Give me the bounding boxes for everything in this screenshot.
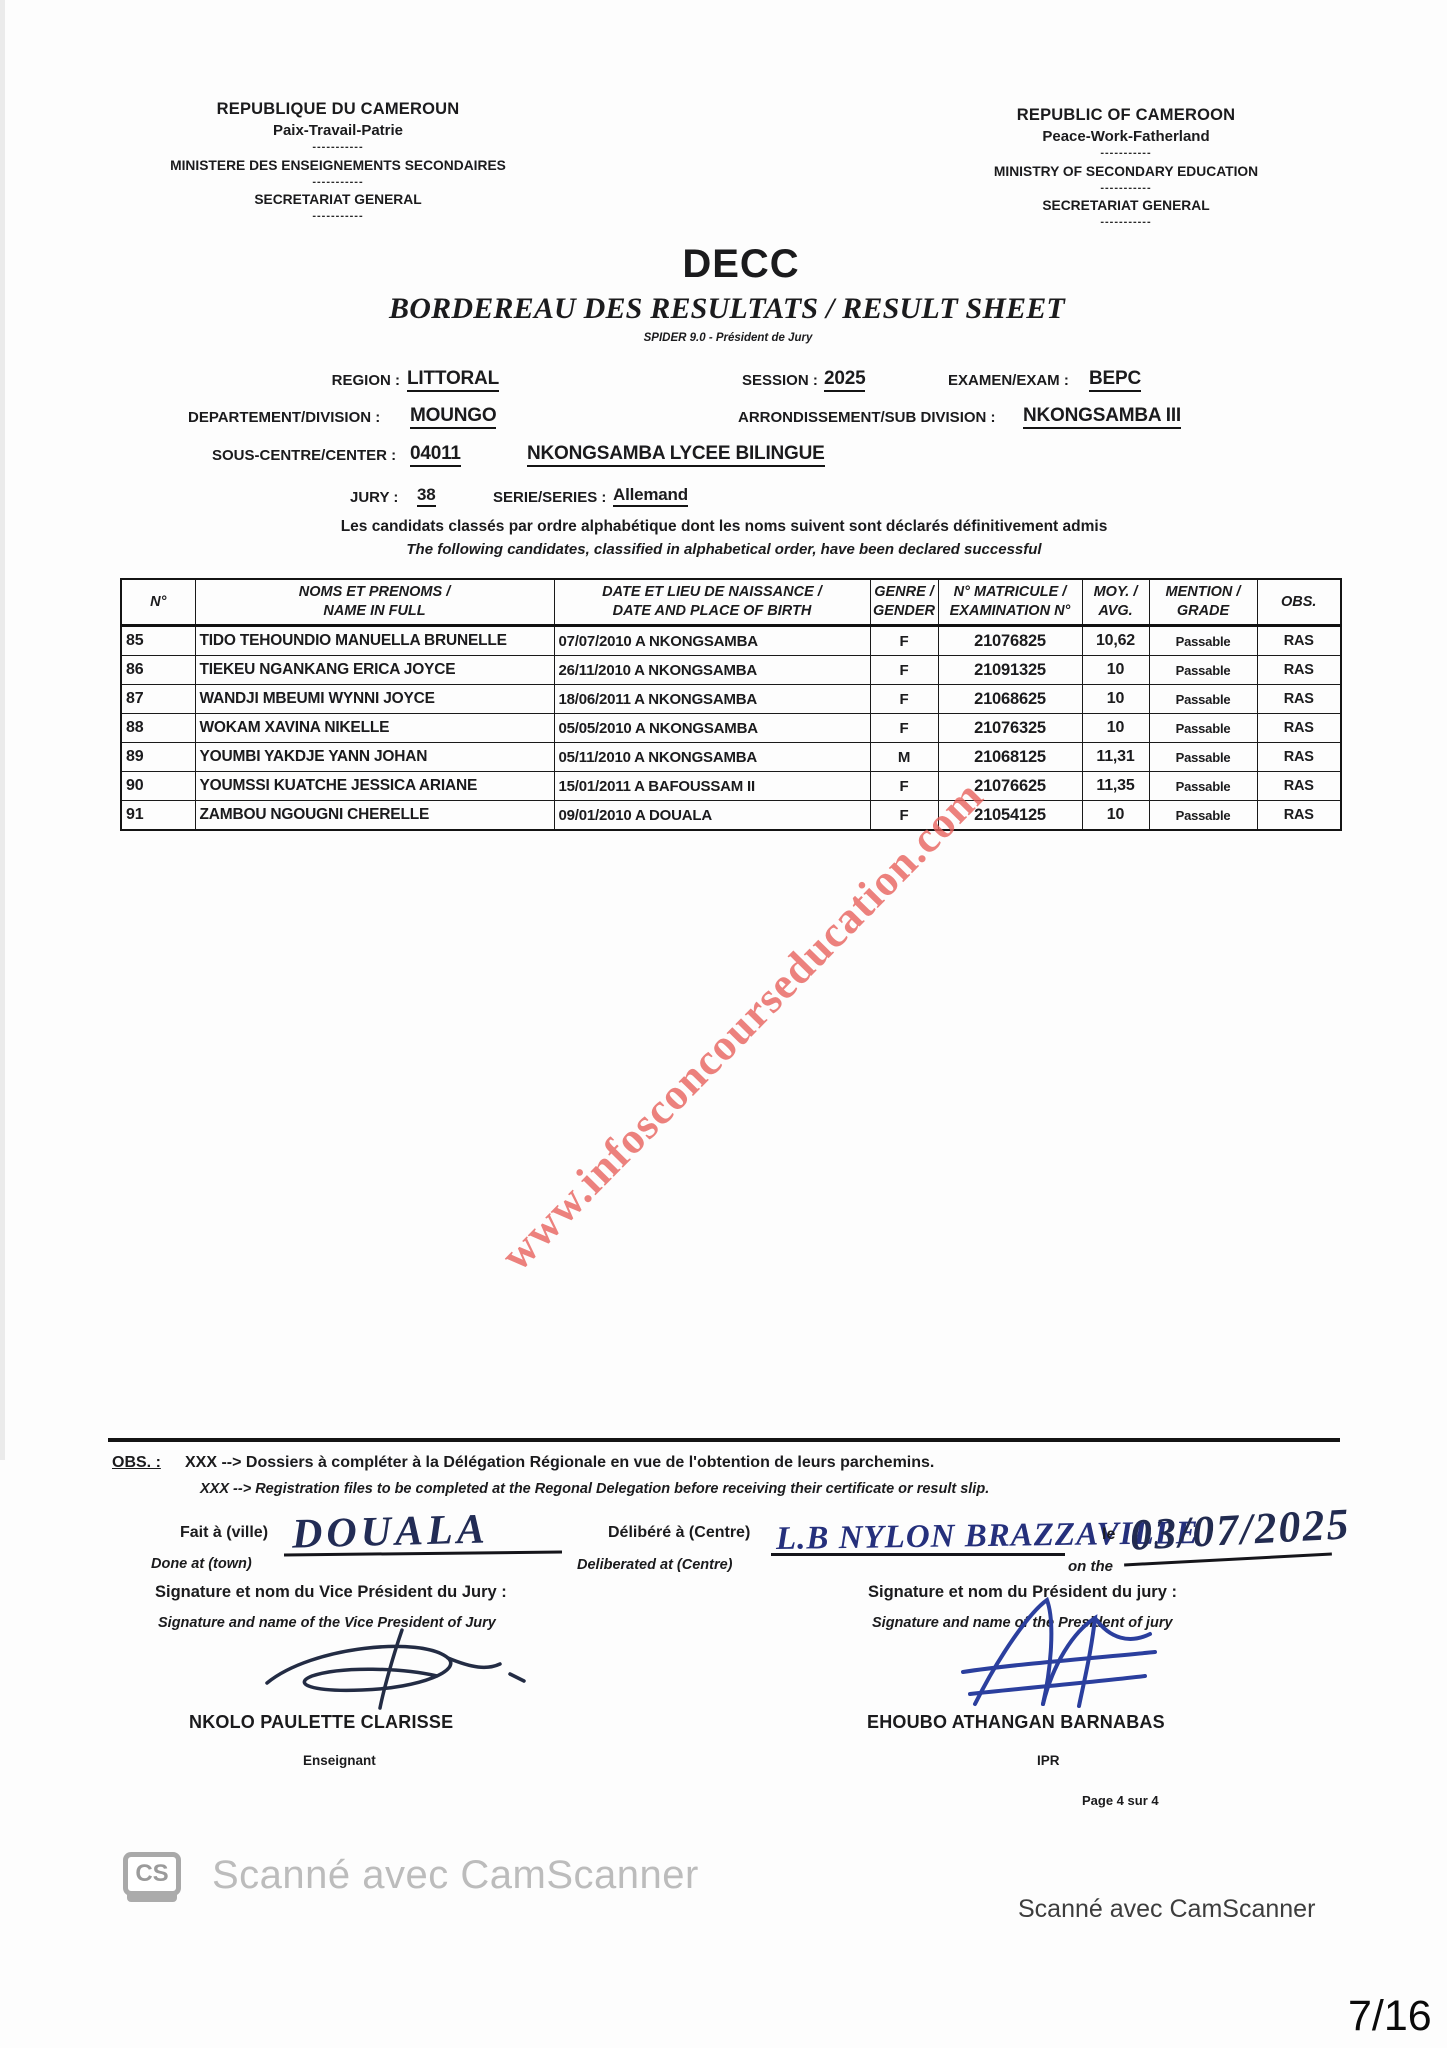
table-cell: 05/11/2010 A NKONGSAMBA — [554, 743, 870, 772]
col-header-number: N° — [121, 579, 195, 626]
table-cell: Passable — [1149, 714, 1257, 743]
col-header-gender: GENRE / GENDER — [870, 579, 938, 626]
col-header-birth: DATE ET LIEU DE NAISSANCE / DATE AND PLA… — [554, 579, 870, 626]
table-row: 87WANDJI MBEUMI WYNNI JOYCE18/06/2011 A … — [121, 685, 1341, 714]
table-cell: F — [870, 714, 938, 743]
republic-en: REPUBLIC OF CAMEROON — [945, 106, 1307, 125]
col-header-grade: MENTION / GRADE — [1149, 579, 1257, 626]
table-cell: Passable — [1149, 626, 1257, 656]
document-subtitle: SPIDER 9.0 - Président de Jury — [578, 332, 878, 344]
table-cell: F — [870, 626, 938, 656]
deliberated-line — [771, 1553, 1065, 1556]
table-row: 86TIEKEU NGANKANG ERICA JOYCE26/11/2010 … — [121, 656, 1341, 685]
table-cell: Passable — [1149, 656, 1257, 685]
center-code-value: 04011 — [410, 443, 461, 467]
camscanner-badge: CS — [123, 1852, 181, 1896]
results-table: N° NOMS ET PRENOMS / NAME IN FULL DATE E… — [120, 578, 1342, 831]
ministry-en: MINISTRY OF SECONDARY EDUCATION — [945, 164, 1307, 180]
table-cell: 26/11/2010 A NKONGSAMBA — [554, 656, 870, 685]
table-cell: ZAMBOU NGOUGNI CHERELLE — [195, 801, 554, 831]
obs-label: OBS. : — [112, 1454, 161, 1472]
table-cell: 07/07/2010 A NKONGSAMBA — [554, 626, 870, 656]
table-cell: 11,31 — [1082, 743, 1149, 772]
table-cell: 88 — [121, 714, 195, 743]
table-cell: RAS — [1257, 656, 1341, 685]
center-label: SOUS-CENTRE/CENTER : — [212, 447, 396, 464]
division-value: MOUNGO — [410, 405, 496, 429]
letterhead-left: REPUBLIQUE DU CAMEROUN Paix-Travail-Patr… — [157, 100, 519, 223]
table-cell: F — [870, 772, 938, 801]
table-cell: F — [870, 685, 938, 714]
table-cell: 21076325 — [938, 714, 1082, 743]
separator-dashes: ----------- — [945, 182, 1307, 195]
notice-fr: Les candidats classés par ordre alphabét… — [224, 518, 1224, 536]
table-cell: 91 — [121, 801, 195, 831]
table-cell: 10 — [1082, 685, 1149, 714]
table-row: 85TIDO TEHOUNDIO MANUELLA BRUNELLE07/07/… — [121, 626, 1341, 656]
table-row: 90YOUMSSI KUATCHE JESSICA ARIANE15/01/20… — [121, 772, 1341, 801]
scan-edge-left — [0, 0, 5, 1460]
date-label-en: on the — [1068, 1558, 1113, 1575]
org-title: DECC — [641, 242, 841, 287]
col-header-name: NOMS ET PRENOMS / NAME IN FULL — [195, 579, 554, 626]
table-cell: 10 — [1082, 656, 1149, 685]
table-cell: 09/01/2010 A DOUALA — [554, 801, 870, 831]
document-title: BORDEREAU DES RESULTATS / RESULT SHEET — [377, 292, 1077, 326]
done-at-label-fr: Fait à (ville) — [180, 1524, 268, 1542]
table-row: 88WOKAM XAVINA NIKELLE05/05/2010 A NKONG… — [121, 714, 1341, 743]
table-cell: 05/05/2010 A NKONGSAMBA — [554, 714, 870, 743]
notice-en: The following candidates, classified in … — [224, 541, 1224, 558]
table-cell: RAS — [1257, 772, 1341, 801]
table-cell: RAS — [1257, 743, 1341, 772]
date-label-fr: le — [1102, 1526, 1115, 1544]
table-cell: M — [870, 743, 938, 772]
done-at-value: DOUALA — [291, 1505, 489, 1558]
table-cell: 21068625 — [938, 685, 1082, 714]
table-cell: 86 — [121, 656, 195, 685]
table-cell: 21091325 — [938, 656, 1082, 685]
table-cell: WOKAM XAVINA NIKELLE — [195, 714, 554, 743]
jury-label: JURY : — [350, 489, 398, 506]
president-signature — [945, 1594, 1175, 1712]
table-cell: YOUMSSI KUATCHE JESSICA ARIANE — [195, 772, 554, 801]
exam-value: BEPC — [1089, 368, 1141, 392]
ministry-fr: MINISTERE DES ENSEIGNEMENTS SECONDAIRES — [157, 158, 519, 174]
table-cell: 90 — [121, 772, 195, 801]
president-name: EHOUBO ATHANGAN BARNABAS — [867, 1712, 1165, 1733]
letterhead-right: REPUBLIC OF CAMEROON Peace-Work-Fatherla… — [945, 106, 1307, 229]
scanned-result-sheet: REPUBLIQUE DU CAMEROUN Paix-Travail-Patr… — [0, 0, 1447, 2048]
series-label: SERIE/SERIES : — [493, 489, 606, 506]
vice-president-name: NKOLO PAULETTE CLARISSE — [189, 1712, 453, 1733]
table-row: 89YOUMBI YAKDJE YANN JOHAN05/11/2010 A N… — [121, 743, 1341, 772]
separator-dashes: ----------- — [157, 176, 519, 189]
camscanner-light: Scanné avec CamScanner — [212, 1853, 699, 1898]
exam-label: EXAMEN/EXAM : — [948, 372, 1069, 389]
table-cell: 15/01/2011 A BAFOUSSAM II — [554, 772, 870, 801]
vice-president-signature — [252, 1628, 532, 1713]
results-table-body: 85TIDO TEHOUNDIO MANUELLA BRUNELLE07/07/… — [121, 626, 1341, 831]
motto-en: Peace-Work-Fatherland — [945, 128, 1307, 145]
col-header-obs: OBS. — [1257, 579, 1341, 626]
table-cell: YOUMBI YAKDJE YANN JOHAN — [195, 743, 554, 772]
vice-president-title: Enseignant — [303, 1753, 376, 1768]
region-label: REGION : — [255, 372, 400, 389]
table-cell: 87 — [121, 685, 195, 714]
obs-line-en: XXX --> Registration files to be complet… — [200, 1481, 989, 1497]
subdivision-value: NKONGSAMBA III — [1023, 405, 1181, 429]
table-cell: RAS — [1257, 685, 1341, 714]
table-cell: TIDO TEHOUNDIO MANUELLA BRUNELLE — [195, 626, 554, 656]
series-value: Allemand — [613, 485, 688, 507]
table-cell: 10 — [1082, 801, 1149, 831]
region-value: LITTORAL — [407, 368, 499, 392]
republic-fr: REPUBLIQUE DU CAMEROUN — [157, 100, 519, 119]
division-label: DEPARTEMENT/DIVISION : — [188, 409, 380, 426]
table-cell: 21076825 — [938, 626, 1082, 656]
table-cell: WANDJI MBEUMI WYNNI JOYCE — [195, 685, 554, 714]
obs-divider — [108, 1438, 1340, 1442]
camscanner-dark: Scanné avec CamScanner — [1018, 1895, 1315, 1924]
vice-president-label-fr: Signature et nom du Vice Président du Ju… — [155, 1583, 507, 1602]
separator-dashes: ----------- — [945, 216, 1307, 229]
subdivision-label: ARRONDISSEMENT/SUB DIVISION : — [738, 409, 996, 426]
jury-value: 38 — [417, 485, 436, 507]
table-cell: RAS — [1257, 714, 1341, 743]
table-cell: Passable — [1149, 743, 1257, 772]
page-count-label: Page 4 sur 4 — [1082, 1793, 1159, 1808]
deliberated-label-en: Deliberated at (Centre) — [577, 1557, 733, 1573]
table-cell: 85 — [121, 626, 195, 656]
table-cell: TIEKEU NGANKANG ERICA JOYCE — [195, 656, 554, 685]
done-at-label-en: Done at (town) — [151, 1556, 252, 1572]
table-cell: Passable — [1149, 772, 1257, 801]
table-cell: 10 — [1082, 714, 1149, 743]
table-cell: 89 — [121, 743, 195, 772]
session-value: 2025 — [824, 368, 865, 392]
obs-line-fr: XXX --> Dossiers à compléter à la Déléga… — [185, 1454, 934, 1472]
table-cell: Passable — [1149, 685, 1257, 714]
deliberated-label-fr: Délibéré à (Centre) — [608, 1524, 750, 1542]
table-header-row: N° NOMS ET PRENOMS / NAME IN FULL DATE E… — [121, 579, 1341, 626]
table-row: 91ZAMBOU NGOUGNI CHERELLE09/01/2010 A DO… — [121, 801, 1341, 831]
president-title: IPR — [1037, 1753, 1060, 1768]
table-cell: RAS — [1257, 801, 1341, 831]
secretariat-fr: SECRETARIAT GENERAL — [157, 192, 519, 208]
table-cell: 11,35 — [1082, 772, 1149, 801]
table-cell: Passable — [1149, 801, 1257, 831]
table-cell: 10,62 — [1082, 626, 1149, 656]
date-value: 03/07/2025 — [1129, 1498, 1352, 1560]
center-name-value: NKONGSAMBA LYCEE BILINGUE — [527, 443, 825, 467]
separator-dashes: ----------- — [157, 210, 519, 223]
table-cell: 18/06/2011 A NKONGSAMBA — [554, 685, 870, 714]
page-indicator: 7/16 — [1348, 1992, 1432, 2041]
table-cell: RAS — [1257, 626, 1341, 656]
col-header-matricule: N° MATRICULE / EXAMINATION N° — [938, 579, 1082, 626]
secretariat-en: SECRETARIAT GENERAL — [945, 198, 1307, 214]
col-header-average: MOY. / AVG. — [1082, 579, 1149, 626]
separator-dashes: ----------- — [945, 147, 1307, 160]
table-cell: F — [870, 656, 938, 685]
motto-fr: Paix-Travail-Patrie — [157, 122, 519, 139]
session-label: SESSION : — [742, 372, 818, 389]
separator-dashes: ----------- — [157, 141, 519, 154]
